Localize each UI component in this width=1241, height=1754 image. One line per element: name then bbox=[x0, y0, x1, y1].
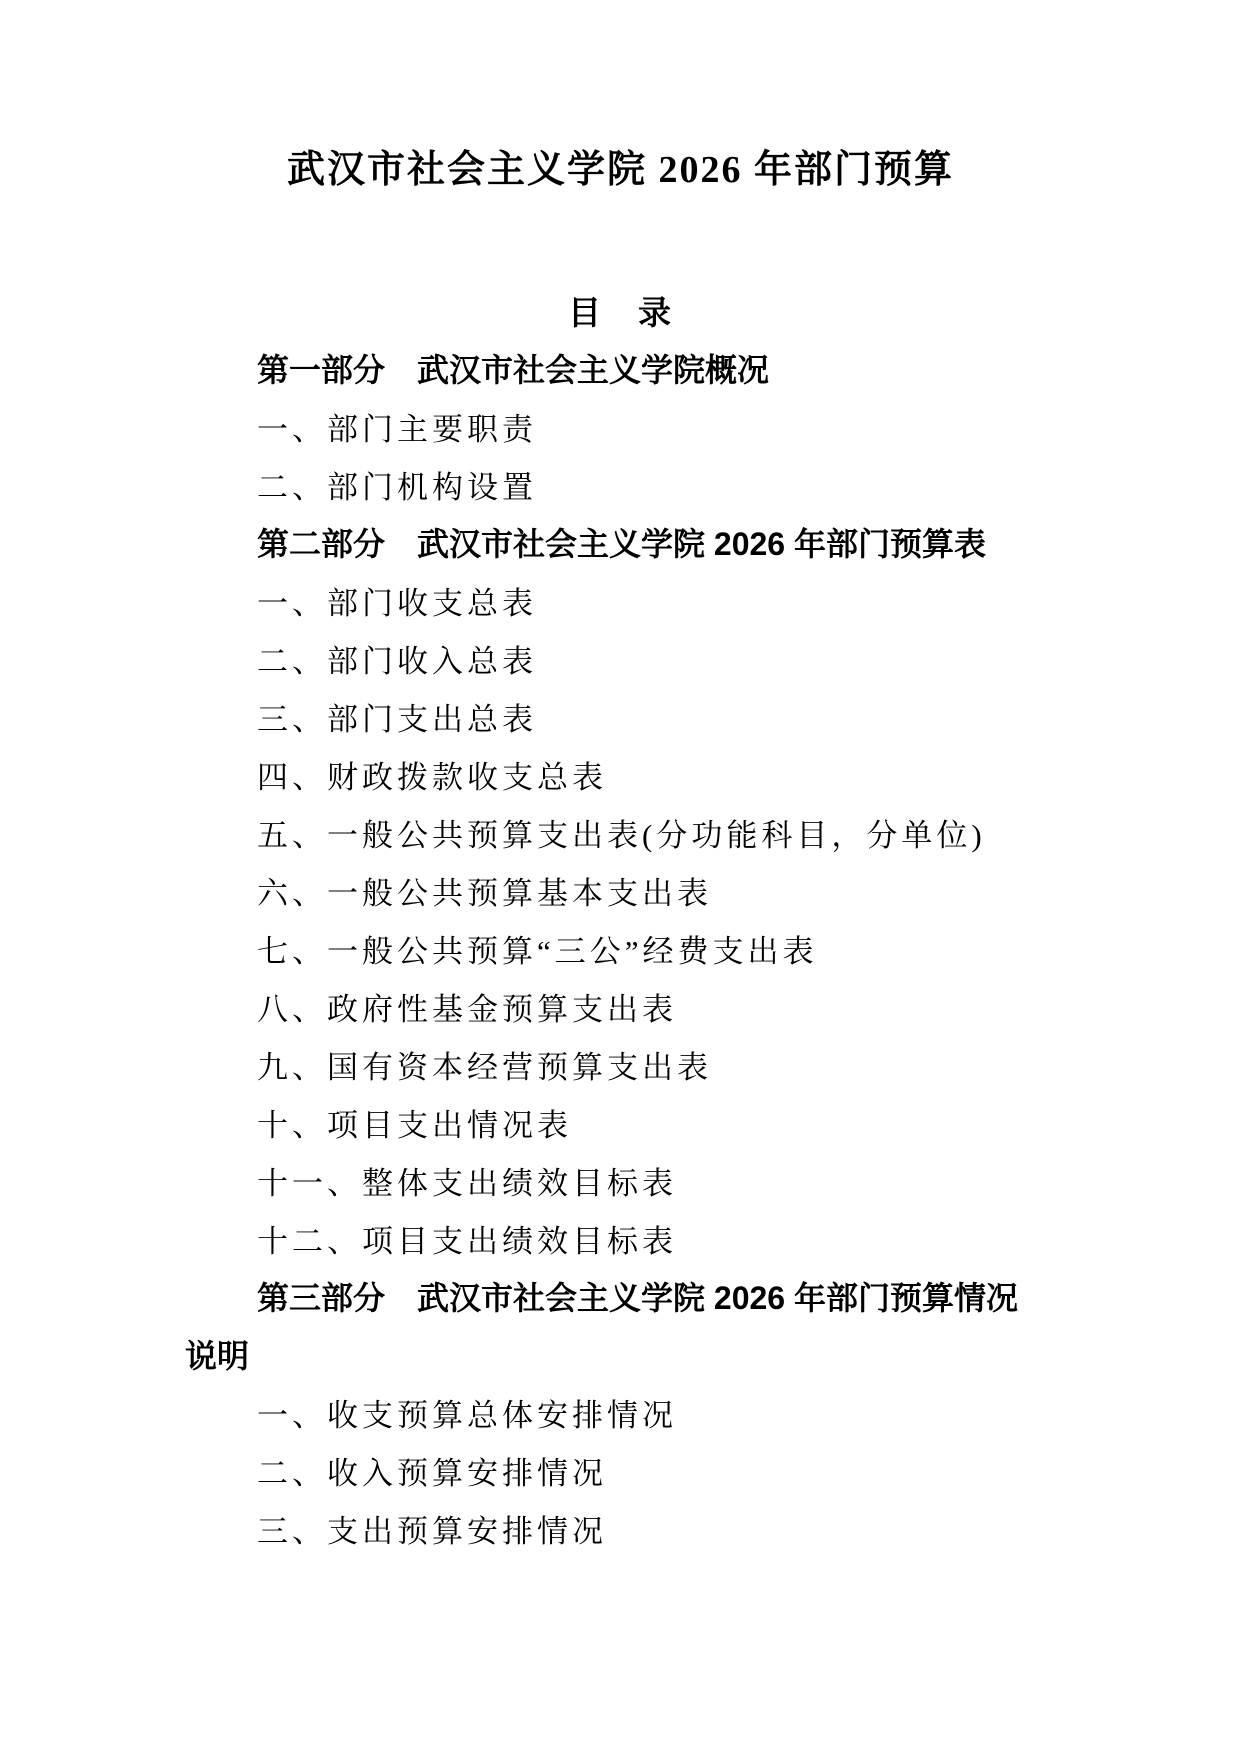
toc-item: 四、财政拨款收支总表 bbox=[185, 745, 1056, 803]
toc-section-heading-3: 第三部分 武汉市社会主义学院 2026 年部门预算情况 bbox=[185, 1267, 1056, 1325]
toc-item: 二、收入预算安排情况 bbox=[185, 1441, 1056, 1499]
toc-item: 三、支出预算安排情况 bbox=[185, 1499, 1056, 1557]
toc-item: 二、部门机构设置 bbox=[185, 455, 1056, 513]
toc-item: 一、收支预算总体安排情况 bbox=[185, 1383, 1056, 1441]
toc-item: 二、部门收入总表 bbox=[185, 629, 1056, 687]
toc-item: 十一、整体支出绩效目标表 bbox=[185, 1151, 1056, 1209]
toc-item: 六、一般公共预算基本支出表 bbox=[185, 861, 1056, 919]
toc-item: 八、政府性基金预算支出表 bbox=[185, 977, 1056, 1035]
toc-section-heading-3-continuation: 说明 bbox=[185, 1325, 1056, 1383]
toc-item: 九、国有资本经营预算支出表 bbox=[185, 1035, 1056, 1093]
toc-item: 七、一般公共预算“三公”经费支出表 bbox=[185, 919, 1056, 977]
document-title: 武汉市社会主义学院 2026 年部门预算 bbox=[0, 0, 1241, 192]
toc-item: 三、部门支出总表 bbox=[185, 687, 1056, 745]
toc-section-heading-2: 第二部分 武汉市社会主义学院 2026 年部门预算表 bbox=[185, 513, 1056, 571]
toc-item: 一、部门主要职责 bbox=[185, 397, 1056, 455]
toc-item: 十二、项目支出绩效目标表 bbox=[185, 1209, 1056, 1267]
document-page: 武汉市社会主义学院 2026 年部门预算 目 录 第一部分 武汉市社会主义学院概… bbox=[0, 0, 1241, 1754]
toc-heading: 目 录 bbox=[185, 281, 1056, 339]
table-of-contents: 目 录 第一部分 武汉市社会主义学院概况 一、部门主要职责 二、部门机构设置 第… bbox=[0, 281, 1241, 1557]
toc-item: 五、一般公共预算支出表(分功能科目，分单位) bbox=[185, 803, 1056, 861]
toc-section-heading-1: 第一部分 武汉市社会主义学院概况 bbox=[185, 339, 1056, 397]
toc-item: 十、项目支出情况表 bbox=[185, 1093, 1056, 1151]
toc-item: 一、部门收支总表 bbox=[185, 571, 1056, 629]
